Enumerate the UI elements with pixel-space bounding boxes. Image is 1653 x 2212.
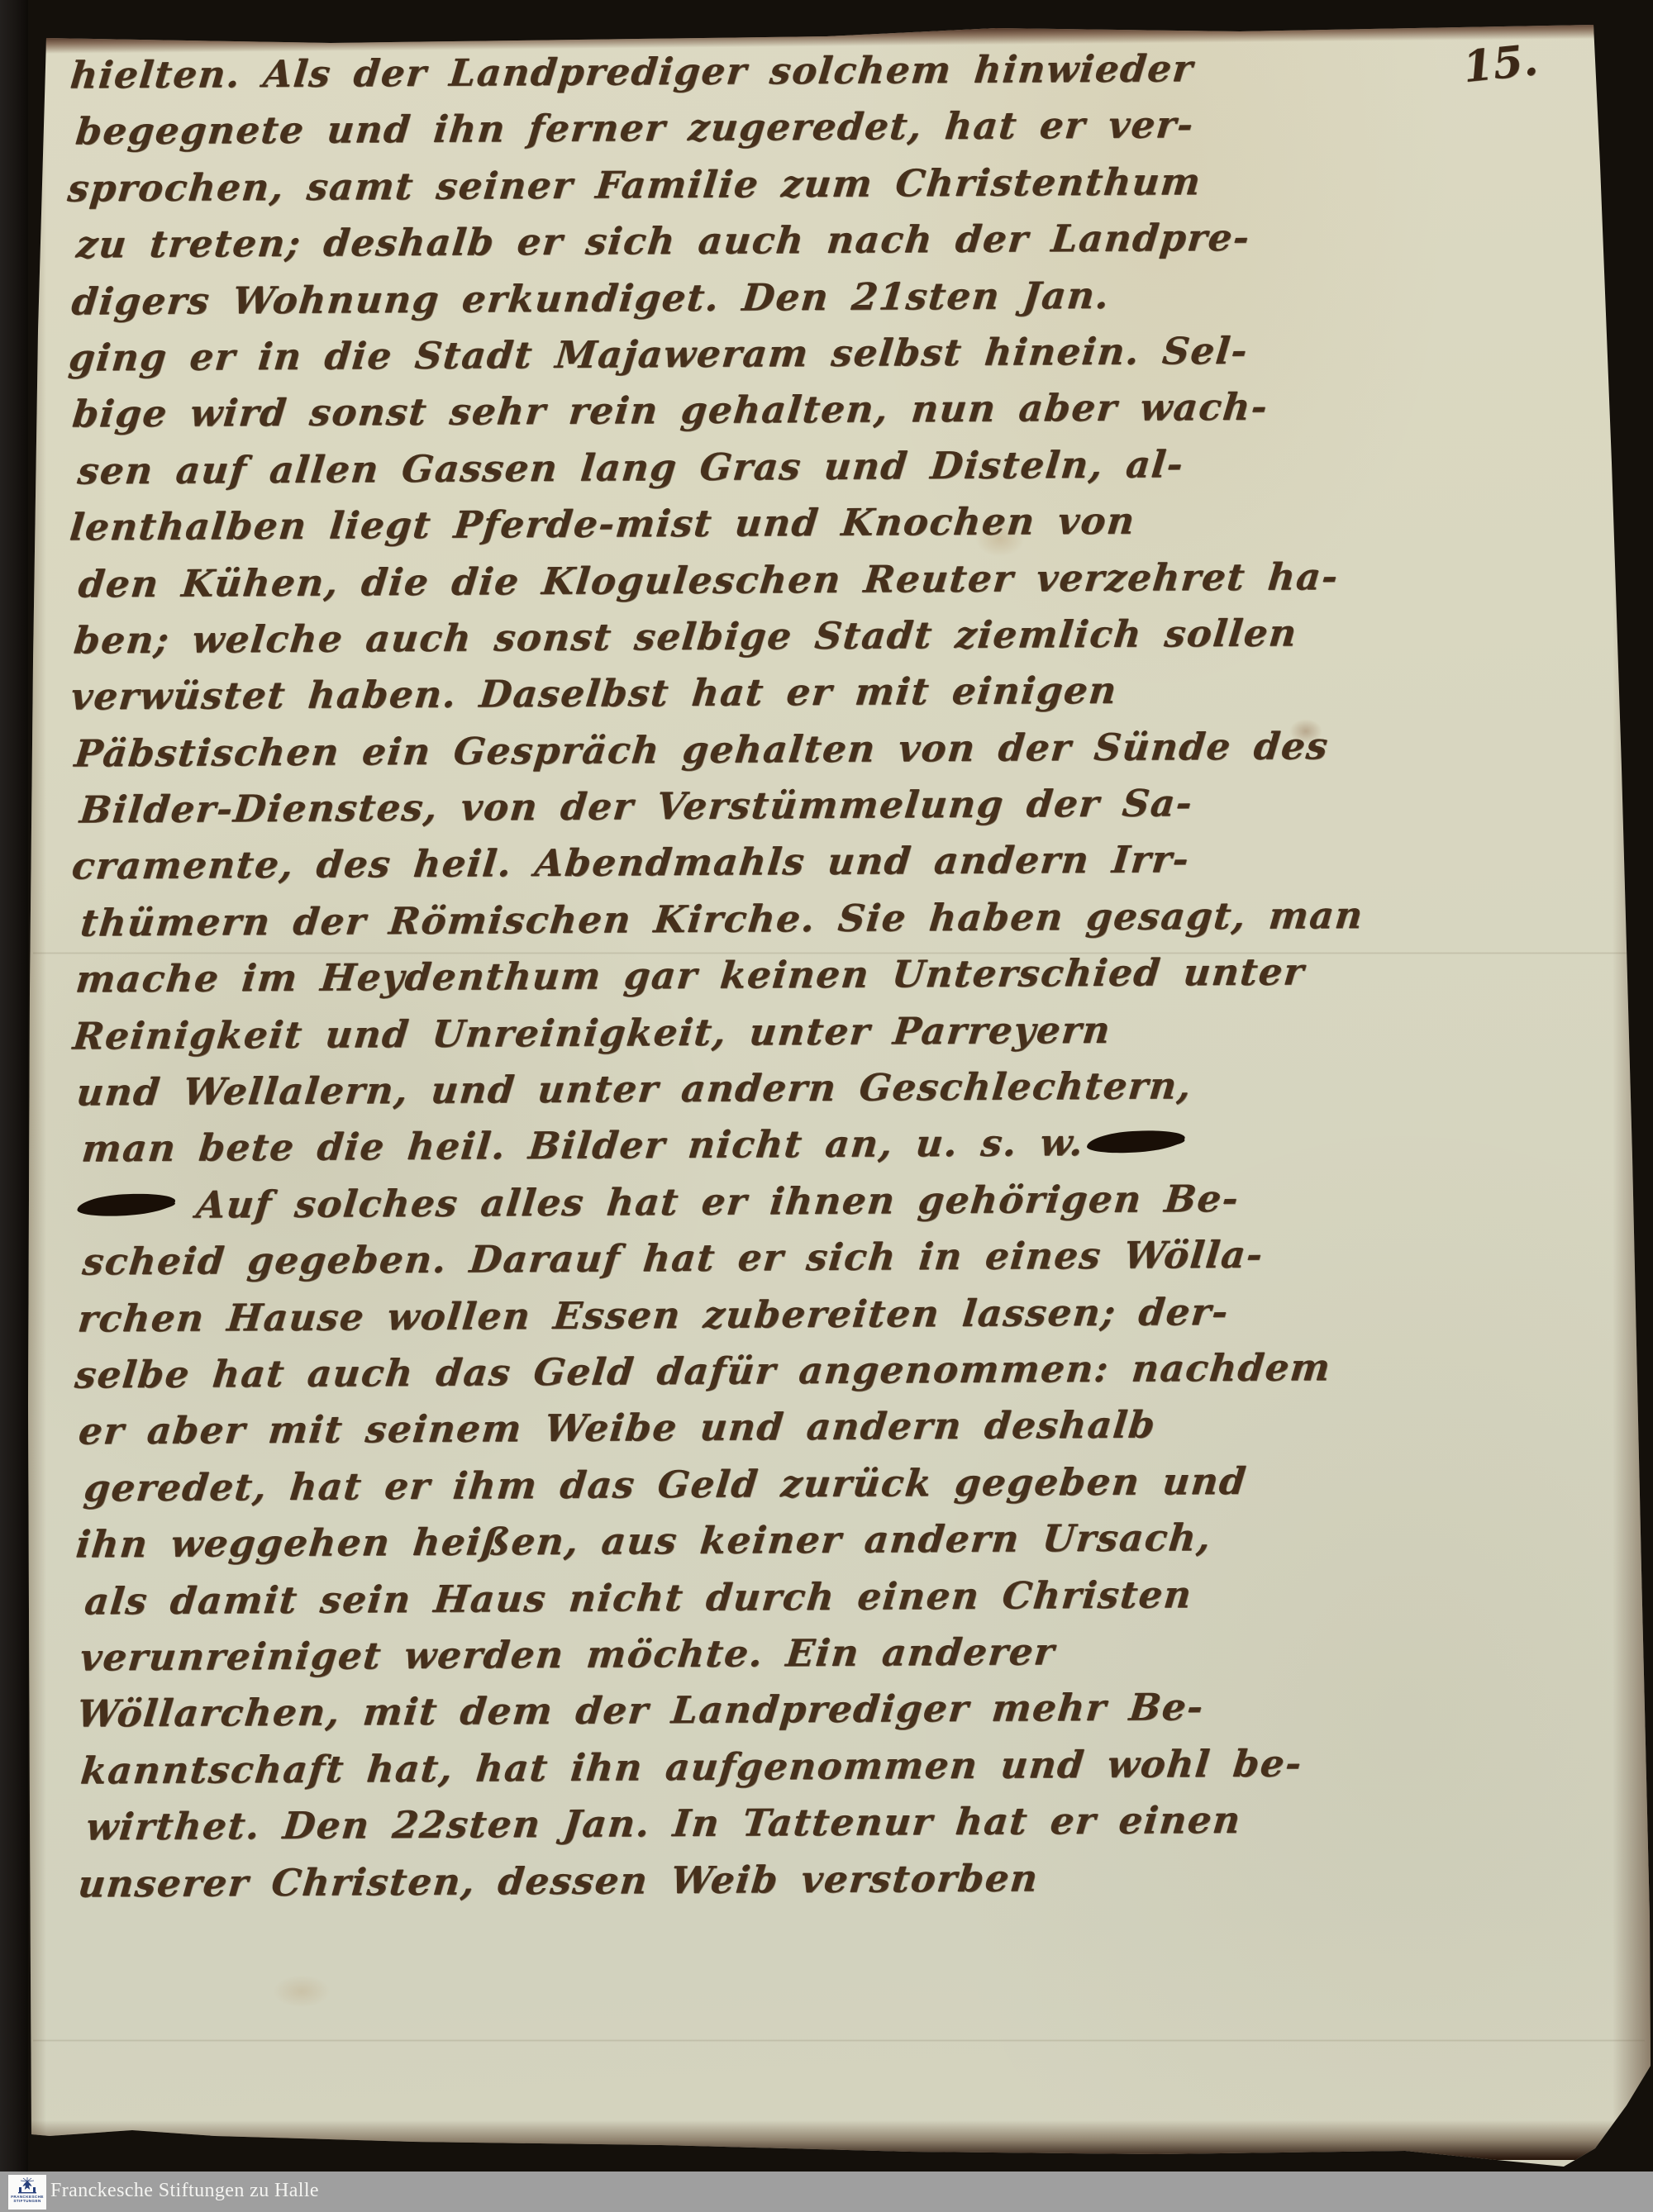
manuscript-line-text: mache im Heydenthum gar keinen Unterschi… [74,950,1307,1001]
manuscript-line-text: sen auf allen Gassen lang Gras und Diste… [76,442,1186,492]
manuscript-line-text: ihn weggehen heißen, aus keiner andern U… [74,1515,1214,1566]
manuscript-line-text: Päbstischen ein Gespräch gehalten von de… [73,724,1331,775]
paper-crease [33,2039,1645,2042]
manuscript-line-text: Wöllarchen, mit dem der Landprediger meh… [75,1685,1206,1735]
manuscript-line: rchen Hause wollen Essen zubereiten lass… [75,1282,1569,1347]
manuscript-line-text: verunreiniget werden möchte. Ein anderer [78,1629,1057,1679]
manuscript-line: digers Wohnung erkundiget. Den 21sten Ja… [69,264,1563,330]
manuscript-line-text: kanntschaft hat, hat ihn aufgenommen und… [79,1741,1304,1792]
manuscript-line: verwüstet haben. Daselbst hat er mit ein… [69,660,1565,725]
manuscript-line-text: geredet, hat er ihm das Geld zurück gege… [82,1459,1249,1510]
manuscript-line-text: scheid gegeben. Darauf hat er sich in ei… [81,1233,1266,1284]
ink-strikethrough-blob [1087,1128,1186,1155]
manuscript-line: selbe hat auch das Geld dafür angenommen… [73,1338,1570,1403]
manuscript-line-text: ging er in die Stadt Majaweram selbst hi… [67,329,1250,380]
manuscript-line-text: hielten. Als der Landprediger solchem hi… [69,46,1196,97]
manuscript-line: ihn weggehen heißen, aus keiner andern U… [74,1508,1570,1573]
manuscript-line: kanntschaft hat, hat ihn aufgenommen und… [78,1734,1571,1799]
manuscript-line: sen auf allen Gassen lang Gras und Diste… [75,434,1564,499]
manuscript-line: unserer Christen, dessen Weib verstorben [75,1847,1572,1912]
manuscript-line: bige wird sonst sehr rein gehalten, nun … [69,378,1563,443]
manuscript-line-text: ben; welche auch sonst selbige Stadt zie… [72,611,1299,662]
manuscript-line-text: sprochen, samt seiner Familie zum Christ… [66,159,1204,210]
manuscript-line-text: thümern der Römischen Kirche. Sie haben … [79,893,1365,945]
manuscript-line: mache im Heydenthum gar keinen Unterschi… [74,943,1567,1008]
manuscript-line: Bilder-Dienstes, von der Verstümmelung d… [77,773,1565,839]
manuscript-line: Wöllarchen, mit dem der Landprediger meh… [74,1677,1571,1743]
manuscript-line-text: lenthalben liegt Pferde-mist und Knochen… [68,499,1137,549]
institution-logo: FRANCKESCHE STIFTUNGEN [8,2175,46,2210]
manuscript-line: man bete die heil. Bilder nicht an, u. s… [79,1112,1568,1177]
manuscript-line-text: digers Wohnung erkundiget. Den 21sten Ja… [69,273,1112,323]
manuscript-line-text: er aber mit seinem Weibe und andern desh… [77,1403,1158,1453]
manuscript-line-text: rchen Hause wollen Essen zubereiten lass… [76,1290,1231,1341]
manuscript-line: Reinigkeit und Unreinigkeit, unter Parre… [70,999,1567,1064]
manuscript-line: Päbstischen ein Gespräch gehalten von de… [72,716,1565,782]
manuscript-line-text: cramente, des heil. Abendmahls und ander… [70,838,1192,888]
handwritten-text-block: hielten. Als der Landprediger solchem hi… [70,39,1570,1913]
manuscript-line: verunreiniget werden möchte. Ein anderer [78,1620,1571,1686]
eagle-sun-logo-icon [16,2176,39,2195]
manuscript-page: 15. hielten. Als der Landprediger solche… [0,0,1653,2212]
manuscript-line-text: begegnete und ihn ferner zugeredet, hat … [74,103,1196,154]
manuscript-line: sprochen, samt seiner Familie zum Christ… [65,151,1562,216]
manuscript-line: hielten. Als der Landprediger solchem hi… [68,39,1561,104]
manuscript-line: thümern der Römischen Kirche. Sie haben … [78,886,1566,951]
manuscript-line: Auf solches alles hat er ihnen gehörigen… [71,1168,1568,1234]
manuscript-line-text: wirthet. Den 22sten Jan. In Tattenur hat… [84,1798,1244,1849]
manuscript-line-text: den Kühen, die die Kloguleschen Reuter v… [77,554,1341,606]
manuscript-line: wirthet. Den 22sten Jan. In Tattenur hat… [83,1791,1572,1856]
manuscript-line: scheid gegeben. Darauf hat er sich in ei… [80,1225,1569,1291]
manuscript-line-text: Reinigkeit und Unreinigkeit, unter Parre… [71,1007,1113,1058]
manuscript-line: ben; welche auch sonst selbige Stadt zie… [71,603,1565,668]
binding-shadow [0,0,28,2212]
manuscript-line: ging er in die Stadt Majaweram selbst hi… [66,321,1563,386]
manuscript-line: und Wellalern, und unter andern Geschlec… [74,1056,1567,1121]
manuscript-line-text: zu treten; deshalb er sich auch nach der… [74,216,1252,267]
manuscript-line-text: als damit sein Haus nicht durch einen Ch… [83,1572,1194,1623]
manuscript-line: cramente, des heil. Abendmahls und ander… [69,830,1566,895]
manuscript-line: den Kühen, die die Kloguleschen Reuter v… [76,547,1565,612]
paper-stain [273,1975,331,2008]
manuscript-line-text: bige wird sonst sehr rein gehalten, nun … [70,385,1270,436]
manuscript-line: er aber mit seinem Weibe und andern desh… [76,1395,1570,1460]
manuscript-line-text: Bilder-Dienstes, von der Verstümmelung d… [78,781,1195,831]
manuscript-line: zu treten; deshalb er sich auch nach der… [74,208,1562,274]
manuscript-line: begegnete und ihn ferner zugeredet, hat … [73,95,1561,160]
manuscript-line: als damit sein Haus nicht durch einen Ch… [82,1564,1570,1629]
manuscript-line-text: man bete die heil. Bilder nicht an, u. s… [80,1120,1087,1170]
manuscript-line-text: verwüstet haben. Daselbst hat er mit ein… [69,668,1119,719]
manuscript-line-text: unserer Christen, dessen Weib verstorben [76,1856,1041,1905]
manuscript-line-text: Auf solches alles hat er ihnen gehörigen… [194,1177,1241,1227]
manuscript-line-text: selbe hat auch das Geld dafür angenommen… [73,1345,1333,1396]
institution-name: Franckesche Stiftungen zu Halle [50,2172,319,2212]
scanned-manuscript-viewer: { "manuscript": { "page_number": "15.", … [0,0,1653,2212]
logo-text-line2: STIFTUNGEN [13,2199,40,2203]
ink-strikethrough-blob [77,1191,176,1218]
manuscript-line: lenthalben liegt Pferde-mist und Knochen… [67,491,1564,556]
manuscript-line-text: und Wellalern, und unter andern Geschlec… [74,1063,1193,1114]
viewer-footer-bar: FRANCKESCHE STIFTUNGEN Franckesche Stift… [0,2172,1653,2212]
manuscript-line: geredet, hat er ihm das Geld zurück gege… [81,1451,1570,1516]
